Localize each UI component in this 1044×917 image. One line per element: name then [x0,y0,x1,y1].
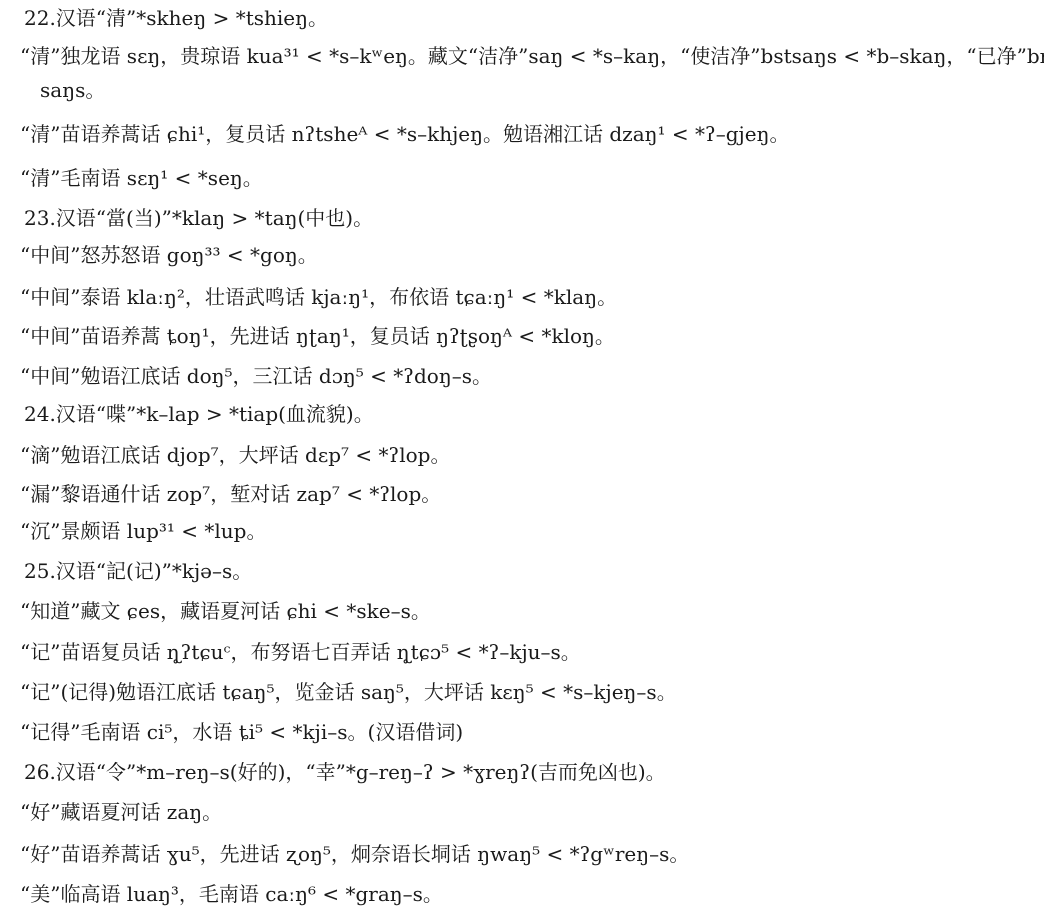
entry-line: “记”(记得)勉语江底话 tɕaŋ⁵，览金话 saŋ⁵，大坪话 kɛŋ⁵ < *… [20,679,677,705]
section-heading-24: 24.汉语“喋”*k–lap > *tiap(血流貌)。 [24,401,374,427]
section-heading-23: 23.汉语“當(当)”*klaŋ > *taŋ(中也)。 [24,205,373,231]
entry-line: “沉”景颇语 lup³¹ < *lup。 [20,518,266,544]
entry-line: “清”独龙语 sɛŋ，贵琼语 kua³¹ < *s–kʷeŋ。藏文“洁净”saŋ… [20,43,1044,69]
document-page: 22.汉语“清”*skheŋ > *tshieŋ。 “清”独龙语 sɛŋ，贵琼语… [0,0,1044,917]
entry-line: “中间”泰语 klaːŋ²，壮语武鸣话 kjaːŋ¹，布依语 tɕaːŋ¹ < … [20,284,617,310]
section-heading-22: 22.汉语“清”*skheŋ > *tshieŋ。 [24,5,328,31]
entry-line: “清”毛南语 sɛŋ¹ < *seŋ。 [20,165,263,191]
entry-line: “中间”勉语江底话 doŋ⁵，三江话 dɔŋ⁵ < *ʔdoŋ–s。 [20,363,492,389]
section-heading-25: 25.汉语“記(记)”*kjə–s。 [24,558,252,584]
entry-line: “美”临高语 luaŋ³，毛南语 caːŋ⁶ < *graŋ–s。 [20,881,443,907]
entry-line: “知道”藏文 ɕes，藏语夏河话 ɕhi < *ske–s。 [20,598,431,624]
entry-line: “清”苗语养蒿话 ɕhi¹，复员话 nʔtsheᴬ < *s–khjeŋ。勉语湘… [20,121,789,147]
entry-continuation: saŋs。 [40,77,105,103]
entry-line: “中间”苗语养蒿 ȶoŋ¹，先进话 ŋʈaŋ¹，复员话 ŋʔʈʂoŋᴬ < *k… [20,323,615,349]
section-heading-26: 26.汉语“令”*m–reŋ–s(好的)，“幸”*g–reŋ–ʔ > *ɣreŋ… [24,759,666,785]
entry-line: “记”苗语复员话 ɳ̥ʔtɕuᶜ，布努语七百弄话 ɳ̥tɕɔ⁵ < *ʔ–kju… [20,639,581,665]
entry-line: “中间”怒苏怒语 goŋ³³ < *goŋ。 [20,242,318,268]
entry-line: “好”苗语养蒿话 ɣu⁵，先进话 ʐoŋ⁵，炯奈语长垌话 ŋwaŋ⁵ < *ʔg… [20,841,689,867]
entry-line: “好”藏语夏河话 zaŋ。 [20,799,222,825]
entry-line: “滴”勉语江底话 djop⁷，大坪话 dɛp⁷ < *ʔlop。 [20,442,450,468]
entry-line: “漏”黎语通什话 zop⁷，堑对话 zap⁷ < *ʔlop。 [20,481,441,507]
entry-line: “记得”毛南语 ci⁵，水语 ȶi⁵ < *kji–s。(汉语借词) [20,719,463,745]
